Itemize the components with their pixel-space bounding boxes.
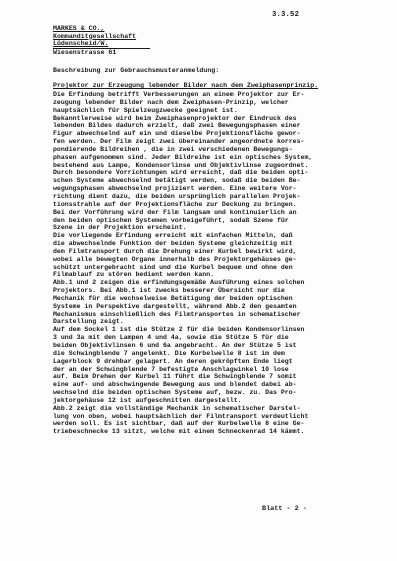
- company-city: Lüdenscheid/W.: [53, 40, 150, 49]
- body-line: Filmablauf zu stören bedient werden kann…: [53, 271, 358, 279]
- body-line: die Schwingblende 7 angelenkt. Die Kurbe…: [53, 350, 358, 358]
- body-line: Mechanik für die wechselweise Betätigung…: [53, 295, 358, 303]
- body-line: wechselnd die beiden optischen Systeme a…: [53, 389, 358, 397]
- body-line: Bei der Vorführung wird der Film langsam…: [53, 209, 358, 217]
- company-type: Kommanditgesellschaft: [53, 33, 150, 41]
- company-name: MARKES & CO.,: [53, 25, 150, 33]
- body-line: Abb.1 und 2 zeigen die erfindungsgemäße …: [53, 279, 358, 287]
- body-line: den beiden optischen Systemen vorbeigefü…: [53, 217, 358, 225]
- body-line: Projektors. Bei Abb.1 ist zwecks bessere…: [53, 287, 358, 295]
- body-line: werden soll. Es ist sichtbar, daß auf de…: [53, 420, 358, 428]
- body-line: Die Erfindung betrifft Verbesserungen an…: [53, 91, 358, 99]
- body-line: Lagerblock 9 drehbar gelagert. An deren …: [53, 358, 358, 366]
- body-line: beiden Objektivlinsen 6 und 6a angebrach…: [53, 342, 358, 350]
- document-body: Die Erfindung betrifft Verbesserungen an…: [53, 91, 358, 436]
- body-line: Mechanismus einschließlich des Filmtrans…: [53, 311, 358, 319]
- body-line: Die vorliegende Erfindung erreicht mit e…: [53, 232, 358, 240]
- body-line: hauptsächlich für Spielzeugzwecke geeign…: [53, 107, 358, 115]
- body-line: dem Filmtransport durch die Drehung eine…: [53, 248, 358, 256]
- body-line: Durch besondere Vorrichtungen wird errei…: [53, 169, 358, 177]
- body-line: eine auf- und abschwingende Bewegung aus…: [53, 381, 358, 389]
- body-line: phasen aufgenommen sind. Jeder Bildreihe…: [53, 154, 358, 162]
- body-line: lebenden Bildes dadurch erzielt, daß zwe…: [53, 122, 358, 130]
- body-line: triebeschnecke 13 sitzt, welche mit eine…: [53, 428, 358, 436]
- body-line: Systeme in Perspektive dargestellt, währ…: [53, 303, 358, 311]
- body-line: bestehend aus Lampe, Kondensorlinse und …: [53, 162, 358, 170]
- body-line: der an der Schwingblende 7 befestigte An…: [53, 366, 358, 374]
- document-date: 3.3.52: [272, 11, 299, 19]
- body-line: Abb.2 zeigt die vollständige Mechanik in…: [53, 405, 358, 413]
- sender-address: MARKES & CO., Kommanditgesellschaft Lüde…: [53, 25, 150, 56]
- body-line: schützt untergebracht sind und die Kurbe…: [53, 264, 358, 272]
- body-line: Szene in der Projektion erscheint.: [53, 224, 358, 232]
- body-line: Darstellung zeigt.: [53, 318, 358, 326]
- body-line: lung von oben, wobei hauptsächlich der F…: [53, 413, 358, 421]
- body-line: 3 und 3a mit den Lampen 4 und 4a, sowie …: [53, 334, 358, 342]
- body-line: auf. Beim Drehen der Kurbel 11 führt die…: [53, 373, 358, 381]
- body-line: richtung dient dazu, die beiden ursprüng…: [53, 193, 358, 201]
- body-line: zeugung lebender Bilder nach dem Zweipha…: [53, 99, 358, 107]
- body-line: schen Systeme abwechselnd betätigt werde…: [53, 177, 358, 185]
- page-continuation: Blatt - 2 -: [262, 505, 307, 513]
- body-line: jektorgehäuse 12 ist aufgeschnitten darg…: [53, 397, 358, 405]
- body-line: Auf dem Sockel 1 ist die Stütze 2 für di…: [53, 326, 358, 334]
- body-line: Bekanntlerweise wird beim Zweiphasenproj…: [53, 115, 358, 123]
- document-title: Projektor zur Erzeugung lebender Bilder …: [53, 82, 318, 89]
- body-line: Figur abwechselnd auf ein und dieselbe P…: [53, 130, 358, 138]
- body-line: pondierende Bildreihen , die in zwei ver…: [53, 146, 358, 154]
- document-heading: Beschreibung zur Gebrauchsmusteranmeldun…: [53, 67, 219, 74]
- body-line: fen werden. Der Film zeigt zwei übereina…: [53, 138, 358, 146]
- company-street: Wiesenstrasse 61: [53, 49, 150, 57]
- document-page: 3.3.52 MARKES & CO., Kommanditgesellscha…: [0, 0, 397, 561]
- body-line: wegungsphasen abwechselnd projiziert wer…: [53, 185, 358, 193]
- body-line: die abwechselnde Funktion der beiden Sys…: [53, 240, 358, 248]
- body-line: tionsstrahle auf der Projektionsfläche z…: [53, 201, 358, 209]
- body-line: wobei alle bewegten Organe innerhalb des…: [53, 256, 358, 264]
